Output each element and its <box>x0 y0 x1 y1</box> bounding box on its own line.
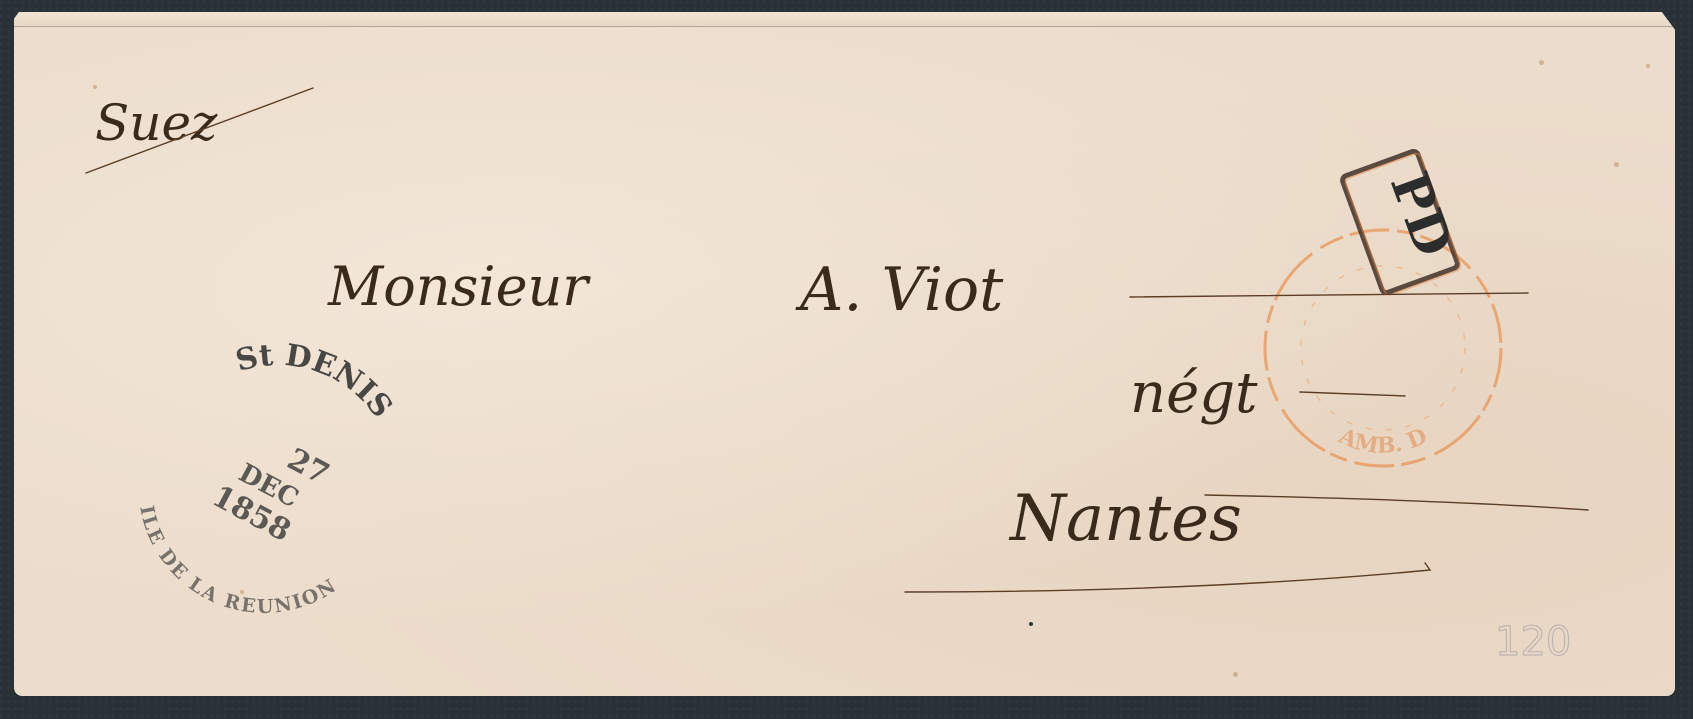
black-datestamp: St DENIS ILE DE LA REUNION 27 DEC 1858 <box>135 338 399 618</box>
svg-text:St DENIS: St DENIS <box>232 338 399 424</box>
address-occupation: négt <box>1130 361 1258 426</box>
name-underline <box>1130 293 1528 297</box>
address-name: A. Viot <box>795 255 1004 325</box>
red-datestamp-text: AMB. D <box>1334 423 1431 459</box>
red-datestamp: AMB. D <box>1265 230 1501 466</box>
datestamp-town: St DENIS <box>232 338 399 424</box>
address-salutation: Monsieur <box>327 255 591 318</box>
occupation-flourish <box>1300 392 1405 396</box>
pencil-note: 120 <box>1495 619 1571 665</box>
city-overline <box>1205 495 1588 510</box>
pd-handstamp: PD <box>1341 146 1472 297</box>
routing-note: Suez <box>86 88 313 173</box>
address-block: Monsieur A. Viot négt Nantes <box>327 255 1588 592</box>
address-underline <box>905 563 1430 592</box>
routing-note-text: Suez <box>95 94 218 152</box>
svg-text:AMB. D: AMB. D <box>1334 423 1431 459</box>
address-city: Nantes <box>1008 482 1242 556</box>
markings-layer: AMB. D PD St DENIS ILE DE LA REUNION 27 … <box>0 0 1693 719</box>
